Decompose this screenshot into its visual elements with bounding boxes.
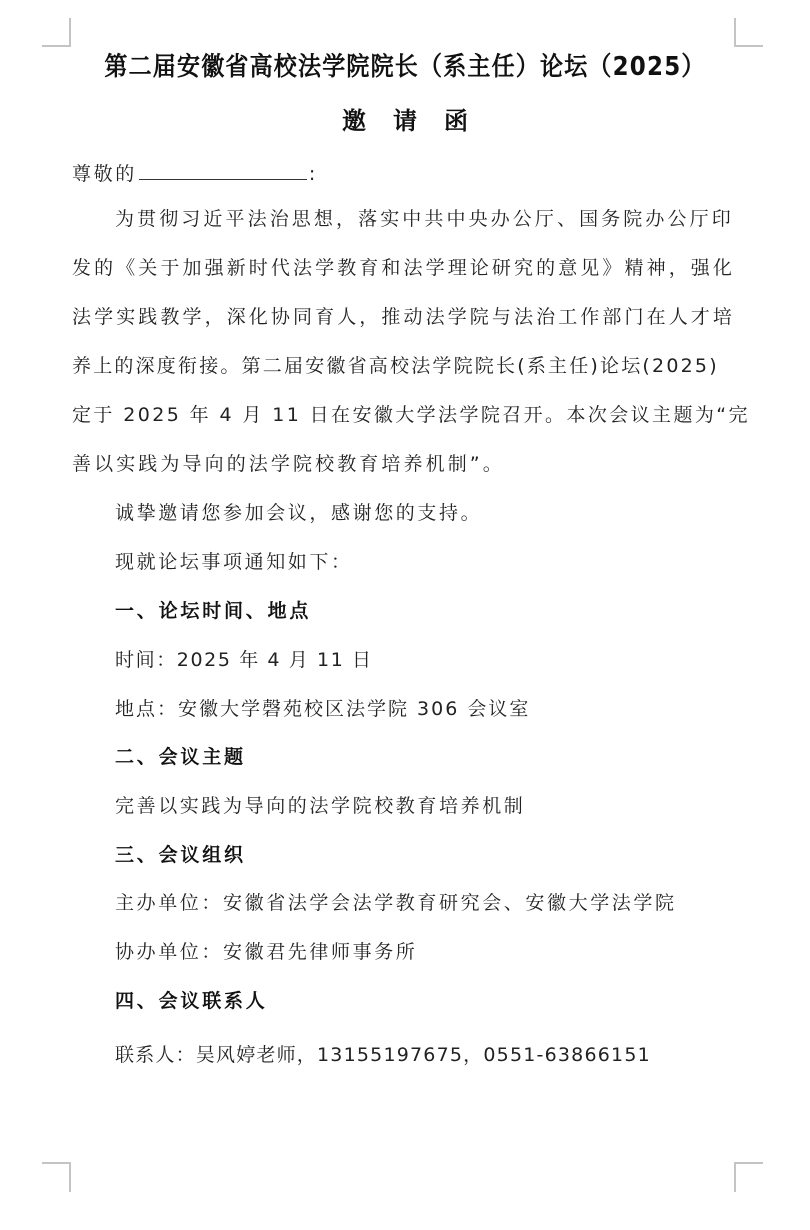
section-2-heading: 二、会议主题 — [115, 743, 785, 771]
corner-mark-top-right-horizontal — [734, 45, 763, 47]
corner-mark-bottom-left-vertical — [69, 1162, 71, 1192]
intro-line-6: 善以实践为导向的法学院校教育培养机制”。 — [72, 450, 742, 478]
document-page: 第二届安徽省高校法学院院长（系主任）论坛（2025） 邀请函 尊敬的: 为贯彻习… — [0, 0, 810, 1230]
corner-mark-top-left-vertical — [69, 18, 71, 47]
section-4-heading: 四、会议联系人 — [115, 987, 785, 1015]
section-3-cohost: 协办单位：安徽君先律师事务所 — [115, 938, 785, 966]
corner-mark-bottom-left-horizontal — [42, 1162, 71, 1164]
invitation-line: 诚挚邀请您参加会议，感谢您的支持。 — [115, 499, 785, 527]
intro-line-3: 法学实践教学，深化协同育人，推动法学院与法治工作部门在人才培 — [72, 303, 742, 331]
salutation-prefix: 尊敬的 — [72, 163, 137, 185]
document-subtitle: 邀请函 — [0, 104, 810, 138]
section-1-time: 时间：2025 年 4 月 11 日 — [115, 646, 785, 674]
intro-line-1: 为贯彻习近平法治思想，落实中共中央办公厅、国务院办公厅印 — [115, 205, 785, 233]
section-3-host: 主办单位：安徽省法学会法学教育研究会、安徽大学法学院 — [115, 889, 785, 917]
corner-mark-bottom-right-horizontal — [734, 1162, 763, 1164]
document-title: 第二届安徽省高校法学院院长（系主任）论坛（2025） — [0, 48, 810, 86]
section-3-heading: 三、会议组织 — [115, 841, 785, 869]
intro-line-2: 发的《关于加强新时代法学教育和法学理论研究的意见》精神，强化 — [72, 254, 742, 282]
intro-line-5: 定于 2025 年 4 月 11 日在安徽大学法学院召开。本次会议主题为“完 — [72, 401, 742, 429]
corner-mark-bottom-right-vertical — [734, 1162, 736, 1192]
corner-mark-top-right-vertical — [734, 18, 736, 47]
salutation: 尊敬的: — [72, 160, 742, 188]
section-2-theme: 完善以实践为导向的法学院校教育培养机制 — [115, 792, 785, 820]
recipient-blank[interactable] — [139, 161, 307, 180]
section-4-contact: 联系人：吴风婷老师，13155197675，0551-63866151 — [115, 1041, 785, 1069]
intro-line-4: 养上的深度衔接。第二届安徽省高校法学院院长(系主任)论坛(2025) — [72, 352, 742, 380]
corner-mark-top-left-horizontal — [42, 45, 71, 47]
salutation-suffix: : — [309, 163, 318, 185]
section-1-heading: 一、论坛时间、地点 — [115, 597, 785, 625]
section-1-location: 地点：安徽大学磬苑校区法学院 306 会议室 — [115, 695, 785, 723]
notice-line: 现就论坛事项通知如下： — [115, 548, 785, 576]
